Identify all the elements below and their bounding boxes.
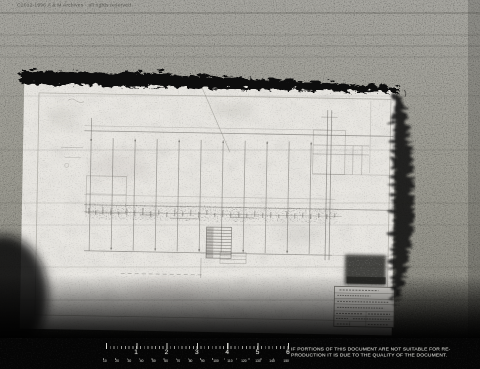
disclaimer-line-2: PRODUCTION IT IS DUE TO THE QUALITY OF T… xyxy=(291,351,456,357)
ruler-inch-label: 3 xyxy=(192,349,202,356)
ruler-mm-label: 90 xyxy=(201,360,205,363)
ruler-mm-label: 50 xyxy=(152,360,156,363)
scan-image xyxy=(0,0,480,369)
ruler-mm-label: 100 xyxy=(213,360,219,363)
ruler-mm-label: 70 xyxy=(176,360,180,363)
film-copyright-note: C2012-1996 A & M Archives - all rights r… xyxy=(17,2,203,8)
ruler-mm-label: 150 xyxy=(283,360,289,363)
ruler-mm-label: 30 xyxy=(127,360,131,363)
ruler-inch-label: 5 xyxy=(253,349,263,356)
bottom-fade xyxy=(0,275,480,342)
ruler-mm-label: 140 xyxy=(269,360,275,363)
microfilm-frame: C2012-1996 A & M Archives - all rights r… xyxy=(0,0,480,369)
reproduction-disclaimer: IF PORTIONS OF THIS DOCUMENT ARE NOT SUI… xyxy=(291,346,456,358)
ruler-inch-labels: 1 2 3 4 5 6 xyxy=(131,349,293,356)
ruler-mm-labels: 10 20 30 40 50 60 70 80 90 100 110 120 1… xyxy=(103,360,289,363)
ruler-inch-label: 1 xyxy=(131,349,141,356)
ruler-mm-label: 60 xyxy=(164,360,168,363)
ruler-mm-label: 20 xyxy=(115,360,119,363)
ruler-mm-label: 10 xyxy=(103,360,107,363)
disclaimer-line-1: IF PORTIONS OF THIS DOCUMENT ARE NOT SUI… xyxy=(291,346,456,352)
ruler-mm-label: 80 xyxy=(189,360,193,363)
ruler-mm-label: 40 xyxy=(140,360,144,363)
ruler-inch-label: 2 xyxy=(161,349,171,356)
ruler-mm-label: 110 xyxy=(227,360,232,363)
ruler-mm-label: 130 xyxy=(255,360,261,363)
ruler-inch-label: 4 xyxy=(222,349,232,356)
ruler-mm-label: 120 xyxy=(241,360,247,363)
